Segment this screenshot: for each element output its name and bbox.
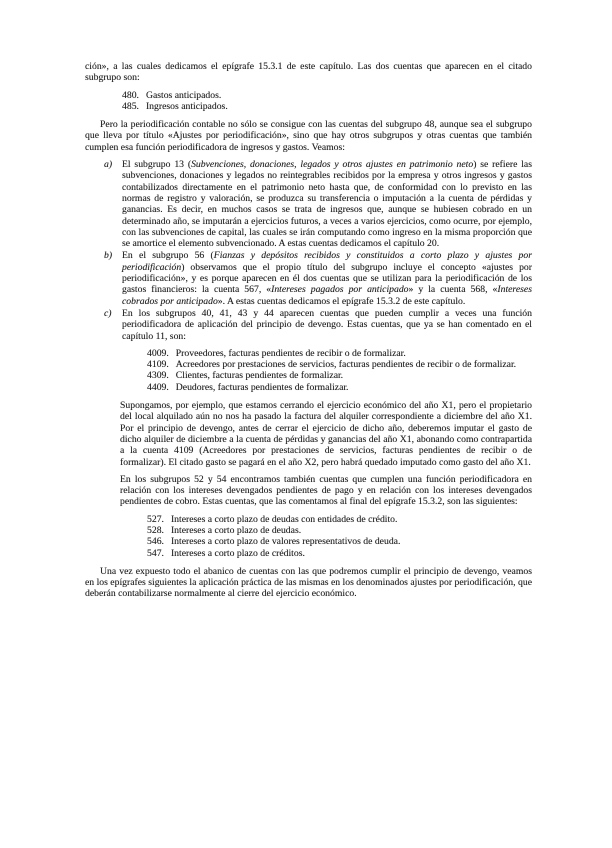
list-item-c: c)En los subgrupos 40, 41, 43 y 44 apare… (85, 308, 532, 559)
list-item-a: a)El subgrupo 13 (Subvenciones, donacion… (85, 159, 532, 249)
item-marker: b) (104, 250, 112, 261)
list-item: 485.Ingresos anticipados. (122, 101, 532, 112)
account-number: 480. (122, 90, 139, 101)
account-label: Intereses a corto plazo de deudas. (171, 525, 301, 536)
list-item: 527.Intereses a corto plazo de deudas co… (147, 514, 532, 525)
item-text-italic: Intereses pagados por antici­pado (271, 284, 408, 295)
account-label: Clientes, facturas pendientes de formali… (176, 370, 343, 381)
item-text-italic: Subvenciones, donaciones, legados y otro… (191, 159, 473, 170)
list-item: 546.Intereses a corto plazo de valores r… (147, 536, 532, 547)
list-item: 4009.Proveedores, facturas pendientes de… (147, 348, 532, 359)
account-number: 547. (147, 548, 164, 559)
paragraph-supongamos: Supongamos, por ejemplo, que estamos cer… (120, 400, 532, 468)
account-label: Gastos anticipados. (146, 90, 221, 101)
account-number: 528. (147, 525, 164, 536)
list-item: 480.Gastos anticipados. (122, 90, 532, 101)
lettered-list: a)El subgrupo 13 (Subvenciones, donacion… (85, 159, 532, 559)
account-label: Intereses a corto plazo de deudas con en… (171, 514, 397, 525)
list-item: 4309.Clientes, facturas pendientes de fo… (147, 370, 532, 381)
list-item: 528.Intereses a corto plazo de deudas. (147, 525, 532, 536)
item-text: En los subgrupos 40, 41, 43 y 44 aparece… (122, 308, 532, 342)
item-text: ». A estas cuentas dedicamos el epígrafe… (218, 296, 466, 307)
item-text: El subgrupo 13 ( (122, 159, 191, 170)
paragraph-closing: Una vez expuesto todo el abanico de cuen… (85, 566, 532, 600)
item-text: En el subgrupo 56 ( (122, 250, 214, 261)
devengo-account-list: 4009.Proveedores, facturas pendientes de… (147, 348, 532, 393)
account-number: 4009. (147, 348, 169, 359)
item-text: » y la cuenta 568, « (409, 284, 498, 295)
item-marker: a) (104, 159, 112, 170)
account-number: 4409. (147, 382, 169, 393)
paragraph-subgrupos-52-54: En los subgrupos 52 y 54 encontramos tam… (120, 474, 532, 508)
account-label: Intereses a corto plazo de valores repre… (171, 536, 400, 547)
account-label: Deudores, facturas pendientes de formali… (176, 382, 349, 393)
account-label: Ingresos anticipados. (146, 101, 228, 112)
account-number: 4109. (147, 359, 169, 370)
account-number: 4309. (147, 370, 169, 381)
list-item: 4409.Deudores, facturas pendientes de fo… (147, 382, 532, 393)
list-item-b: b)En el subgrupo 56 (Fianzas y depósitos… (85, 250, 532, 306)
account-number: 546. (147, 536, 164, 547)
paragraph-pero: Pero la periodificación contable no sólo… (85, 119, 532, 153)
intereses-account-list: 527.Intereses a corto plazo de deudas co… (147, 514, 532, 559)
account-label: Intereses a corto plazo de créditos. (171, 548, 305, 559)
item-marker: c) (104, 308, 112, 319)
paragraph-continuation: ción», a las cuales dedicamos el epígraf… (85, 61, 532, 84)
subgroup-48-account-list: 480.Gastos anticipados. 485.Ingresos ant… (122, 90, 532, 113)
account-number: 527. (147, 514, 164, 525)
document-page: ción», a las cuales dedicamos el epígraf… (0, 0, 612, 848)
account-label: Acreedores por prestaciones de servicios… (176, 359, 516, 370)
account-number: 485. (122, 101, 139, 112)
list-item: 4109.Acreedores por prestaciones de serv… (147, 359, 532, 370)
item-text: ) se refiere las subvenciones, donacione… (122, 159, 532, 249)
list-item: 547.Intereses a corto plazo de créditos. (147, 548, 532, 559)
page-text-column: ción», a las cuales dedicamos el epígraf… (85, 61, 532, 606)
account-label: Proveedores, facturas pendientes de reci… (176, 348, 406, 359)
